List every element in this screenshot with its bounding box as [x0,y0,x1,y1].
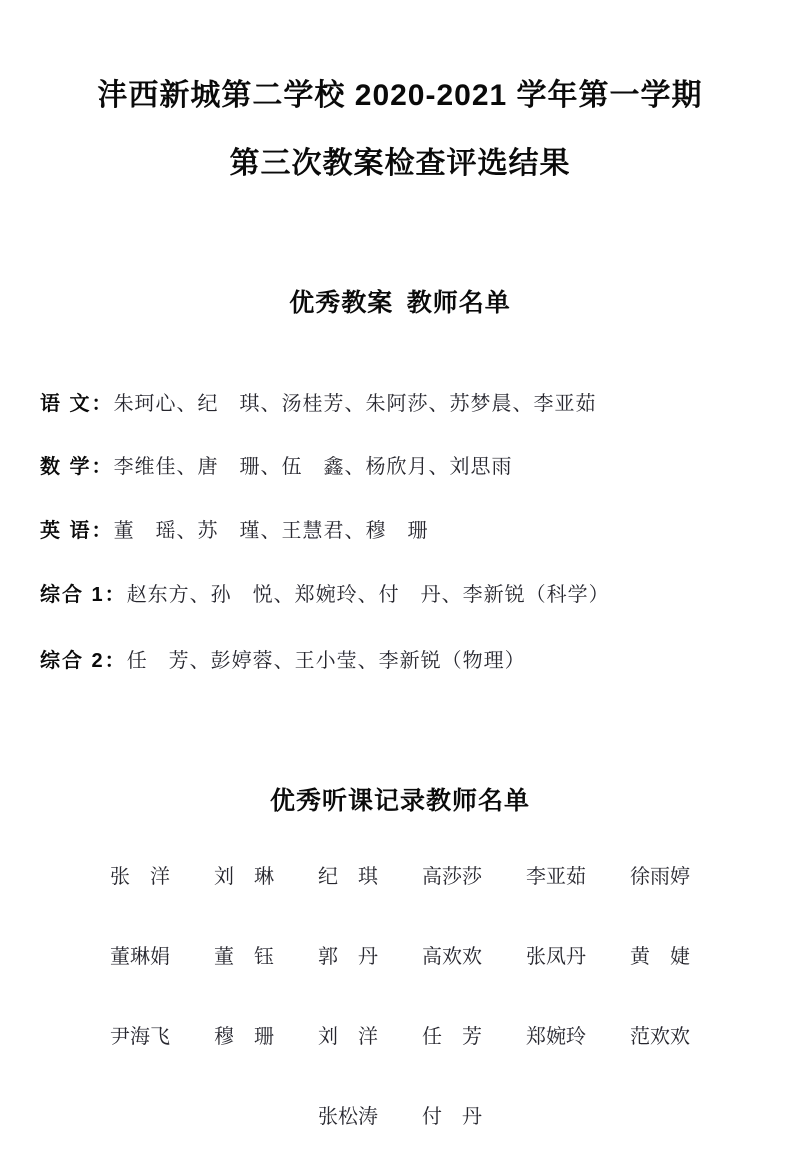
subject-label: 英 语： [40,520,114,542]
subject-names: 朱珂心、纪 琪、汤桂芳、朱阿莎、苏梦晨、李亚茹 [114,393,597,415]
section-heading-listening-records: 优秀听课记录教师名单 [0,781,800,817]
teacher-name-cell: 尹海飞 [88,1024,192,1051]
teacher-name-cell: 高欢欢 [400,944,504,971]
teacher-name-cell: 郑婉玲 [504,1024,608,1051]
subject-row-chinese: 语 文：朱珂心、纪 琪、汤桂芳、朱阿莎、苏梦晨、李亚茹 [40,387,780,416]
subject-label: 综合 1： [40,584,127,606]
subject-label: 数 学： [40,456,114,478]
subject-names: 李维佳、唐 珊、伍 鑫、杨欣月、刘思雨 [114,456,513,478]
teacher-name-cell: 穆 珊 [192,1024,296,1051]
teacher-name-cell: 郭 丹 [296,944,400,971]
teacher-name-cell: 黄 婕 [608,944,712,971]
teacher-name-cell: 刘 琳 [192,864,296,891]
teacher-name-cell-empty [504,1104,608,1131]
subject-row-comprehensive-2: 综合 2：任 芳、彭婷蓉、王小莹、李新锐（物理） [40,644,780,673]
teacher-name-cell: 付 丹 [400,1104,504,1131]
teacher-name-cell: 纪 琪 [296,864,400,891]
subject-row-comprehensive-1: 综合 1：赵东方、孙 悦、郑婉玲、付 丹、李新锐（科学） [40,578,780,607]
subject-names: 任 芳、彭婷蓉、王小莹、李新锐（物理） [127,650,526,672]
teacher-name-cell-empty [608,1104,712,1131]
teacher-name-cell: 范欢欢 [608,1024,712,1051]
subject-row-english: 英 语：董 瑶、苏 瑾、王慧君、穆 珊 [40,514,780,543]
teacher-name-cell: 张凤丹 [504,944,608,971]
teacher-name-cell: 李亚茹 [504,864,608,891]
teacher-name-cell: 张松涛 [296,1104,400,1131]
subject-label: 综合 2： [40,650,127,672]
teacher-name-cell: 董琳娟 [88,944,192,971]
teacher-name-cell: 任 芳 [400,1024,504,1051]
document-page: 沣西新城第二学校 2020-2021 学年第一学期 第三次教案检查评选结果 优秀… [0,0,800,1174]
teacher-name-cell: 董 钰 [192,944,296,971]
teacher-name-cell: 刘 洋 [296,1024,400,1051]
subject-row-math: 数 学：李维佳、唐 珊、伍 鑫、杨欣月、刘思雨 [40,450,780,479]
document-title-line2: 第三次教案检查评选结果 [0,138,800,182]
teacher-name-cell-empty [88,1104,192,1131]
listening-record-name-grid: 张 洋 刘 琳 纪 琪 高莎莎 李亚茹 徐雨婷 董琳娟 董 钰 郭 丹 高欢欢 … [88,864,712,1131]
document-title-line1: 沣西新城第二学校 2020-2021 学年第一学期 [0,70,800,114]
section-heading-lesson-plans: 优秀教案 教师名单 [0,283,800,319]
teacher-name-cell-empty [192,1104,296,1131]
subject-label: 语 文： [40,393,114,415]
subject-names: 董 瑶、苏 瑾、王慧君、穆 珊 [114,520,429,542]
subject-names: 赵东方、孙 悦、郑婉玲、付 丹、李新锐（科学） [127,584,610,606]
teacher-name-cell: 徐雨婷 [608,864,712,891]
teacher-name-cell: 张 洋 [88,864,192,891]
teacher-name-cell: 高莎莎 [400,864,504,891]
